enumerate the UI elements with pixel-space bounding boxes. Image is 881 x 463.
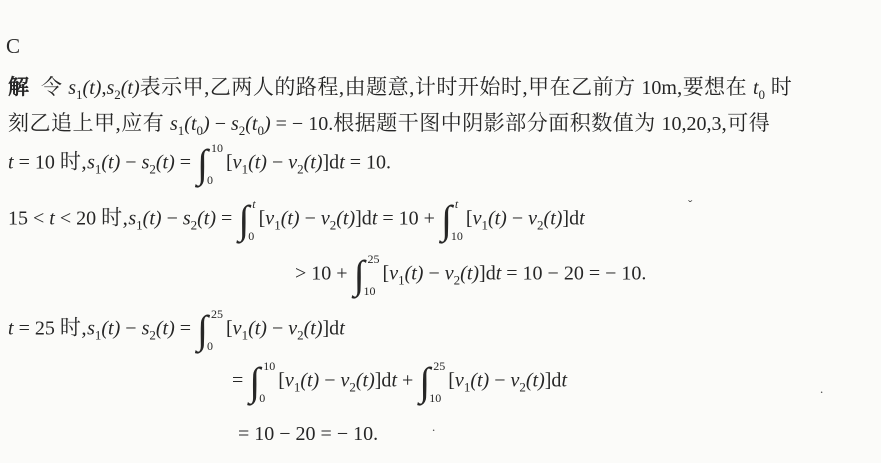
formula-line-6: t = 25 时,s1(t) − s2(t) = ∫250[v1(t) − v2… xyxy=(8,306,345,354)
math-operand: ]d xyxy=(355,208,372,230)
integral-sign: ∫t0 xyxy=(238,196,257,244)
integral-sign: ∫2510 xyxy=(419,358,447,406)
math-operand: = xyxy=(216,208,237,230)
integral-lower-bound: 10 xyxy=(364,285,376,297)
text-run: 刻乙追上甲,应有 xyxy=(8,111,170,135)
math-operand: = 10 xyxy=(14,152,60,174)
math-variable: ) xyxy=(203,113,210,135)
math-variable: (t) xyxy=(304,318,323,340)
math-variable: v xyxy=(288,152,297,174)
math-variable: v xyxy=(455,370,464,392)
print-artifact: . xyxy=(432,420,435,433)
math-variable: (t) xyxy=(248,318,267,340)
math-operand: = 25 xyxy=(14,318,60,340)
integral-lower-bound: 0 xyxy=(207,174,213,186)
math-variable: s xyxy=(128,208,136,230)
integral-upper-bound: 10 xyxy=(211,142,223,154)
math-variable: (t xyxy=(245,113,257,135)
math-variable: s xyxy=(68,77,76,99)
math-operand: [ xyxy=(226,152,233,174)
integral-sign: ∫2510 xyxy=(354,251,382,299)
math-variable: (t) xyxy=(197,208,216,230)
text-run: 表示甲,乙两人的路程,由题意,计时开始时,甲在乙前方 xyxy=(140,75,642,99)
math-operand: > 10 + xyxy=(295,263,353,285)
integral-upper-bound: 25 xyxy=(368,253,380,265)
text-run: 时, xyxy=(60,150,87,174)
text-run: ,要想在 xyxy=(677,75,753,99)
math-variable: s xyxy=(183,208,191,230)
math-operand: = 10 + xyxy=(377,208,440,230)
integral-lower-bound: 10 xyxy=(429,392,441,404)
math-operand: − xyxy=(300,208,321,230)
integral-sign: ∫100 xyxy=(197,140,225,188)
math-variable: (t) xyxy=(248,152,267,174)
integral-sign: ∫250 xyxy=(197,306,225,354)
math-operand: = 10 − 20 = − 10. xyxy=(501,263,646,285)
math-operand: [ xyxy=(448,370,455,392)
math-operand: − xyxy=(489,370,510,392)
text-run: 根据题干图中阴影部分面积数值为 xyxy=(333,111,661,135)
math-variable: s xyxy=(170,113,178,135)
math-operand: − xyxy=(267,152,288,174)
integral-upper-bound: t xyxy=(455,198,458,210)
math-operand: + xyxy=(397,370,418,392)
math-variable: (t xyxy=(184,113,196,135)
math-operand: − xyxy=(319,370,340,392)
math-operand: [ xyxy=(278,370,285,392)
math-variable: (t) xyxy=(460,263,479,285)
math-variable: s xyxy=(87,318,95,340)
math-operand: = xyxy=(232,370,248,392)
math-variable: (t) xyxy=(83,77,102,99)
math-variable: t xyxy=(561,370,567,392)
math-variable: v xyxy=(233,152,242,174)
math-operand: − xyxy=(423,263,444,285)
math-operand: − xyxy=(507,208,528,230)
math-variable: v xyxy=(389,263,398,285)
text-run: 时 xyxy=(765,75,792,99)
math-variable: (t) xyxy=(356,370,375,392)
math-operand: − xyxy=(162,208,183,230)
math-variable: v xyxy=(285,370,294,392)
math-variable: (t) xyxy=(336,208,355,230)
math-variable: (t) xyxy=(281,208,300,230)
math-operand: = 10 − 20 = − 10. xyxy=(238,423,378,445)
formula-line-4: 15 < t < 20 时,s1(t) − s2(t) = ∫t0[v1(t) … xyxy=(8,196,585,244)
text-run: 令 xyxy=(30,75,69,99)
formula-line-5: > 10 + ∫2510[v1(t) − v2(t)]dt = 10 − 20 … xyxy=(295,251,646,299)
math-operand: 10,20,3 xyxy=(661,113,721,135)
math-variable: ) xyxy=(264,113,271,135)
formula-line-1: 解 令 s1(t),s2(t)表示甲,乙两人的路程,由题意,计时开始时,甲在乙前… xyxy=(8,74,792,108)
math-variable: (t) xyxy=(405,263,424,285)
math-operand: = xyxy=(175,152,196,174)
math-variable: (t) xyxy=(101,152,120,174)
integral-sign: ∫t10 xyxy=(441,196,465,244)
math-variable: v xyxy=(445,263,454,285)
math-operand: [ xyxy=(466,208,473,230)
math-variable: (t) xyxy=(544,208,563,230)
math-variable: v xyxy=(233,318,242,340)
print-artifact: ˇ xyxy=(688,198,692,211)
math-operand: [ xyxy=(226,318,233,340)
math-operand: − xyxy=(120,318,141,340)
text-run: 时, xyxy=(101,206,128,230)
integral-lower-bound: 0 xyxy=(248,230,254,242)
math-variable: v xyxy=(265,208,274,230)
answer-label: C xyxy=(6,34,20,59)
math-variable: (t) xyxy=(304,152,323,174)
math-operand: ]d xyxy=(323,152,340,174)
math-variable: (t) xyxy=(470,370,489,392)
math-variable: t xyxy=(339,318,345,340)
integral-upper-bound: t xyxy=(252,198,255,210)
formula-line-3: t = 10 时,s1(t) − s2(t) = ∫100[v1(t) − v2… xyxy=(8,140,391,188)
math-variable: (t) xyxy=(488,208,507,230)
math-variable: t xyxy=(579,208,585,230)
math-operand: 10m xyxy=(641,77,677,99)
math-operand: ]d xyxy=(479,263,496,285)
math-variable: (t) xyxy=(101,318,120,340)
math-operand: = 10. xyxy=(345,152,391,174)
math-variable: (t) xyxy=(300,370,319,392)
math-operand: − xyxy=(267,318,288,340)
formula-line-2: 刻乙追上甲,应有 s1(t0) − s2(t0) = − 10.根据题干图中阴影… xyxy=(8,110,770,144)
math-operand: = xyxy=(175,318,196,340)
formula-line-7: = ∫100[v1(t) − v2(t)]dt + ∫2510[v1(t) − … xyxy=(232,358,567,406)
math-variable: (t) xyxy=(156,318,175,340)
math-variable: v xyxy=(321,208,330,230)
integral-upper-bound: 10 xyxy=(263,360,275,372)
print-artifact: . xyxy=(820,382,823,395)
math-variable: v xyxy=(528,208,537,230)
integral-upper-bound: 25 xyxy=(433,360,445,372)
math-variable: (t) xyxy=(156,152,175,174)
formula-line-8: = 10 − 20 = − 10. xyxy=(238,421,378,447)
scanned-solution-page: C 解 令 s1(t),s2(t)表示甲,乙两人的路程,由题意,计时开始时,甲在… xyxy=(0,0,881,463)
math-variable: (t) xyxy=(121,77,140,99)
integral-lower-bound: 0 xyxy=(259,392,265,404)
math-variable: (t) xyxy=(143,208,162,230)
integral-lower-bound: 0 xyxy=(207,340,213,352)
integral-upper-bound: 25 xyxy=(211,308,223,320)
math-variable: v xyxy=(288,318,297,340)
solution-marker: 解 xyxy=(8,75,30,99)
math-operand: ]d xyxy=(562,208,579,230)
math-operand: − xyxy=(210,113,231,135)
math-variable: s xyxy=(87,152,95,174)
math-variable: (t) xyxy=(526,370,545,392)
math-operand: < 20 xyxy=(55,208,101,230)
math-operand: ]d xyxy=(323,318,340,340)
math-operand: ]d xyxy=(545,370,562,392)
math-variable: s xyxy=(231,113,239,135)
math-operand: − xyxy=(120,152,141,174)
integral-sign: ∫100 xyxy=(249,358,277,406)
text-run: ,可得 xyxy=(721,111,770,135)
math-operand: ]d xyxy=(375,370,392,392)
text-run: 时, xyxy=(60,316,87,340)
math-operand: 15 < xyxy=(8,208,49,230)
math-operand: = − 10. xyxy=(271,113,334,135)
integral-lower-bound: 10 xyxy=(451,230,463,242)
